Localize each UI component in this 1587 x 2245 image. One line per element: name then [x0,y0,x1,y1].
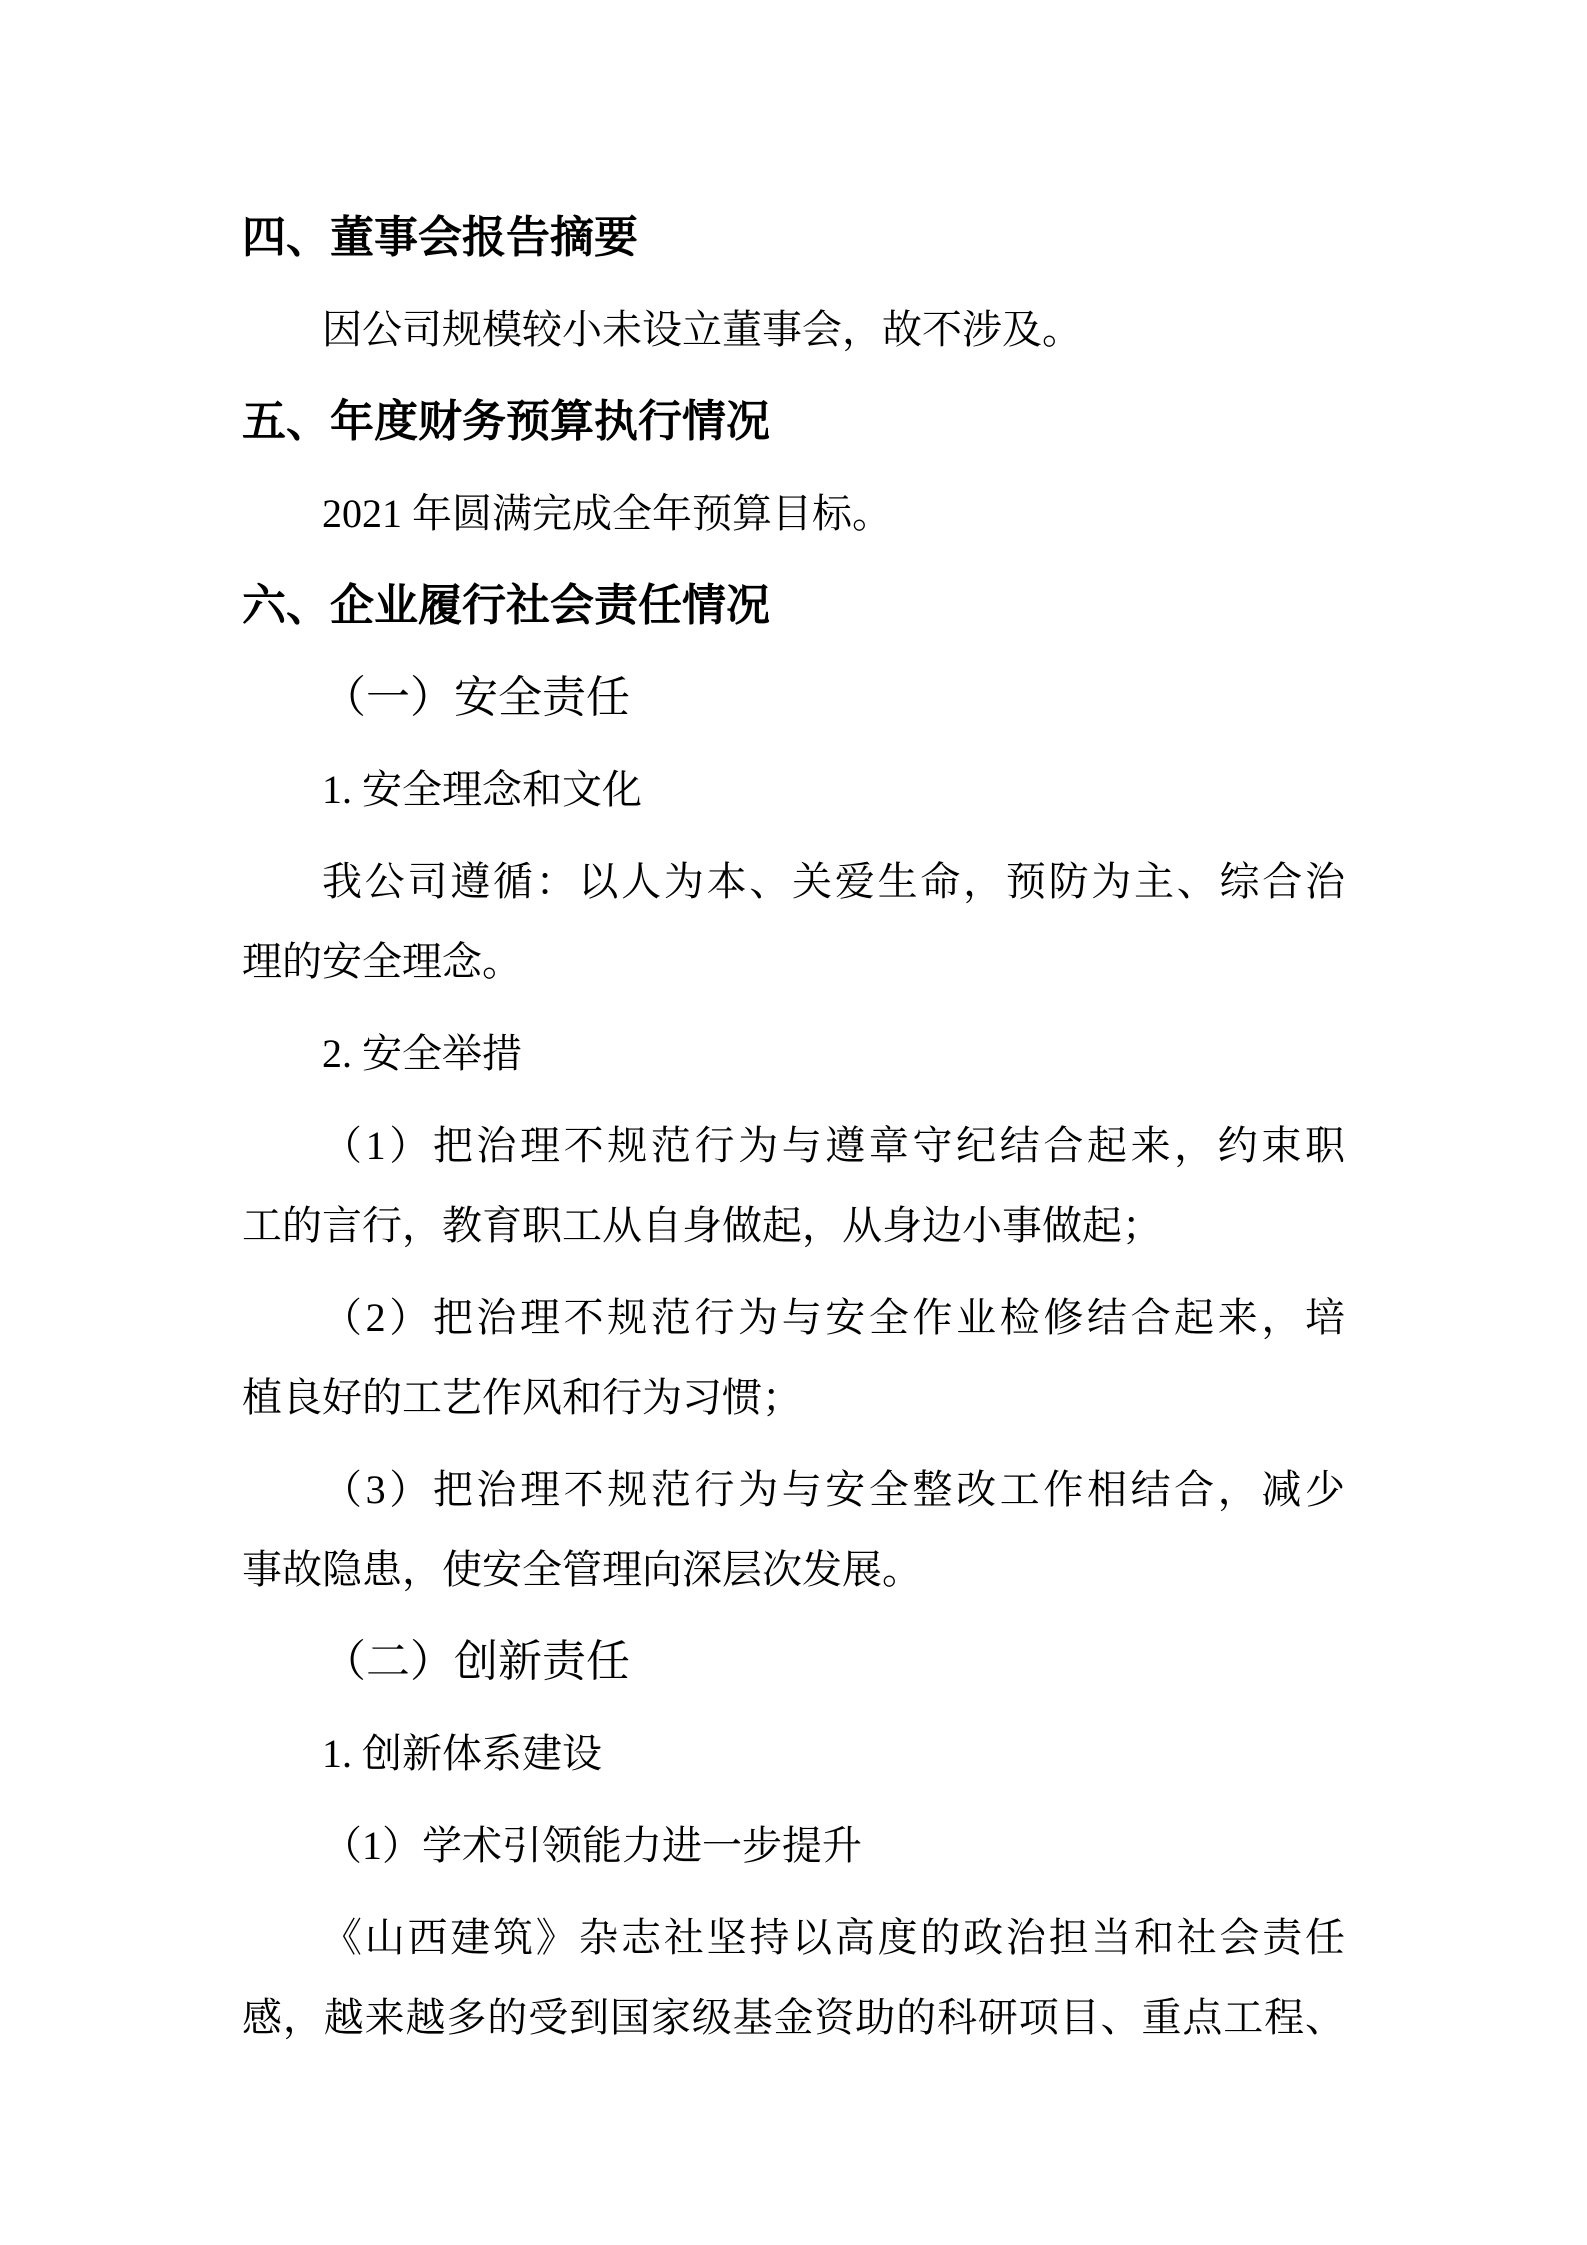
text-line: （3）把治理不规范行为与安全整改工作相结合，减少 [242,1450,1345,1530]
page-content: 四、董事会报告摘要因公司规模较小未设立董事会，故不涉及。五、年度财务预算执行情况… [242,198,1345,2058]
text-line: 2021 年圆满完成全年预算目标。 [242,474,1345,554]
text-line: （一）安全责任 [242,658,1345,738]
text-line: 工的言行，教育职工从自身做起，从身边小事做起； [242,1186,1345,1266]
text-line: 我公司遵循：以人为本、关爱生命，预防为主、综合治 [242,842,1345,922]
body-paragraph: （1）学术引领能力进一步提升 [242,1806,1345,1886]
text-line: （2）把治理不规范行为与安全作业检修结合起来，培 [242,1278,1345,1358]
text-line: 五、年度财务预算执行情况 [242,382,1345,462]
text-line: 四、董事会报告摘要 [242,198,1345,278]
text-line: 2. 安全举措 [242,1014,1345,1094]
document-page: 四、董事会报告摘要因公司规模较小未设立董事会，故不涉及。五、年度财务预算执行情况… [0,0,1587,2245]
section-heading: 六、企业履行社会责任情况 [242,566,1345,646]
text-line: （二）创新责任 [242,1622,1345,1702]
subsection-title: （二）创新责任 [242,1622,1345,1702]
body-paragraph: （1）把治理不规范行为与遵章守纪结合起来，约束职工的言行，教育职工从自身做起，从… [242,1106,1345,1266]
subsection-title: （一）安全责任 [242,658,1345,738]
body-paragraph: 2. 安全举措 [242,1014,1345,1094]
body-paragraph: 1. 创新体系建设 [242,1714,1345,1794]
text-line: 植良好的工艺作风和行为习惯； [242,1358,1345,1438]
text-line: 1. 安全理念和文化 [242,750,1345,830]
body-paragraph: 我公司遵循：以人为本、关爱生命，预防为主、综合治理的安全理念。 [242,842,1345,1002]
body-paragraph: 因公司规模较小未设立董事会，故不涉及。 [242,290,1345,370]
text-line: （1）把治理不规范行为与遵章守纪结合起来，约束职 [242,1106,1345,1186]
text-line: 事故隐患，使安全管理向深层次发展。 [242,1530,1345,1610]
text-line: 感，越来越多的受到国家级基金资助的科研项目、重点工程、 [242,1978,1345,2058]
body-paragraph: 1. 安全理念和文化 [242,750,1345,830]
text-line: 理的安全理念。 [242,922,1345,1002]
section-heading: 四、董事会报告摘要 [242,198,1345,278]
text-line: 1. 创新体系建设 [242,1714,1345,1794]
text-line: 六、企业履行社会责任情况 [242,566,1345,646]
body-paragraph: 《山西建筑》杂志社坚持以高度的政治担当和社会责任感，越来越多的受到国家级基金资助… [242,1898,1345,2058]
body-paragraph: （3）把治理不规范行为与安全整改工作相结合，减少事故隐患，使安全管理向深层次发展… [242,1450,1345,1610]
body-paragraph: （2）把治理不规范行为与安全作业检修结合起来，培植良好的工艺作风和行为习惯； [242,1278,1345,1438]
body-paragraph: 2021 年圆满完成全年预算目标。 [242,474,1345,554]
text-line: （1）学术引领能力进一步提升 [242,1806,1345,1886]
section-heading: 五、年度财务预算执行情况 [242,382,1345,462]
text-line: 《山西建筑》杂志社坚持以高度的政治担当和社会责任 [242,1898,1345,1978]
text-line: 因公司规模较小未设立董事会，故不涉及。 [242,290,1345,370]
